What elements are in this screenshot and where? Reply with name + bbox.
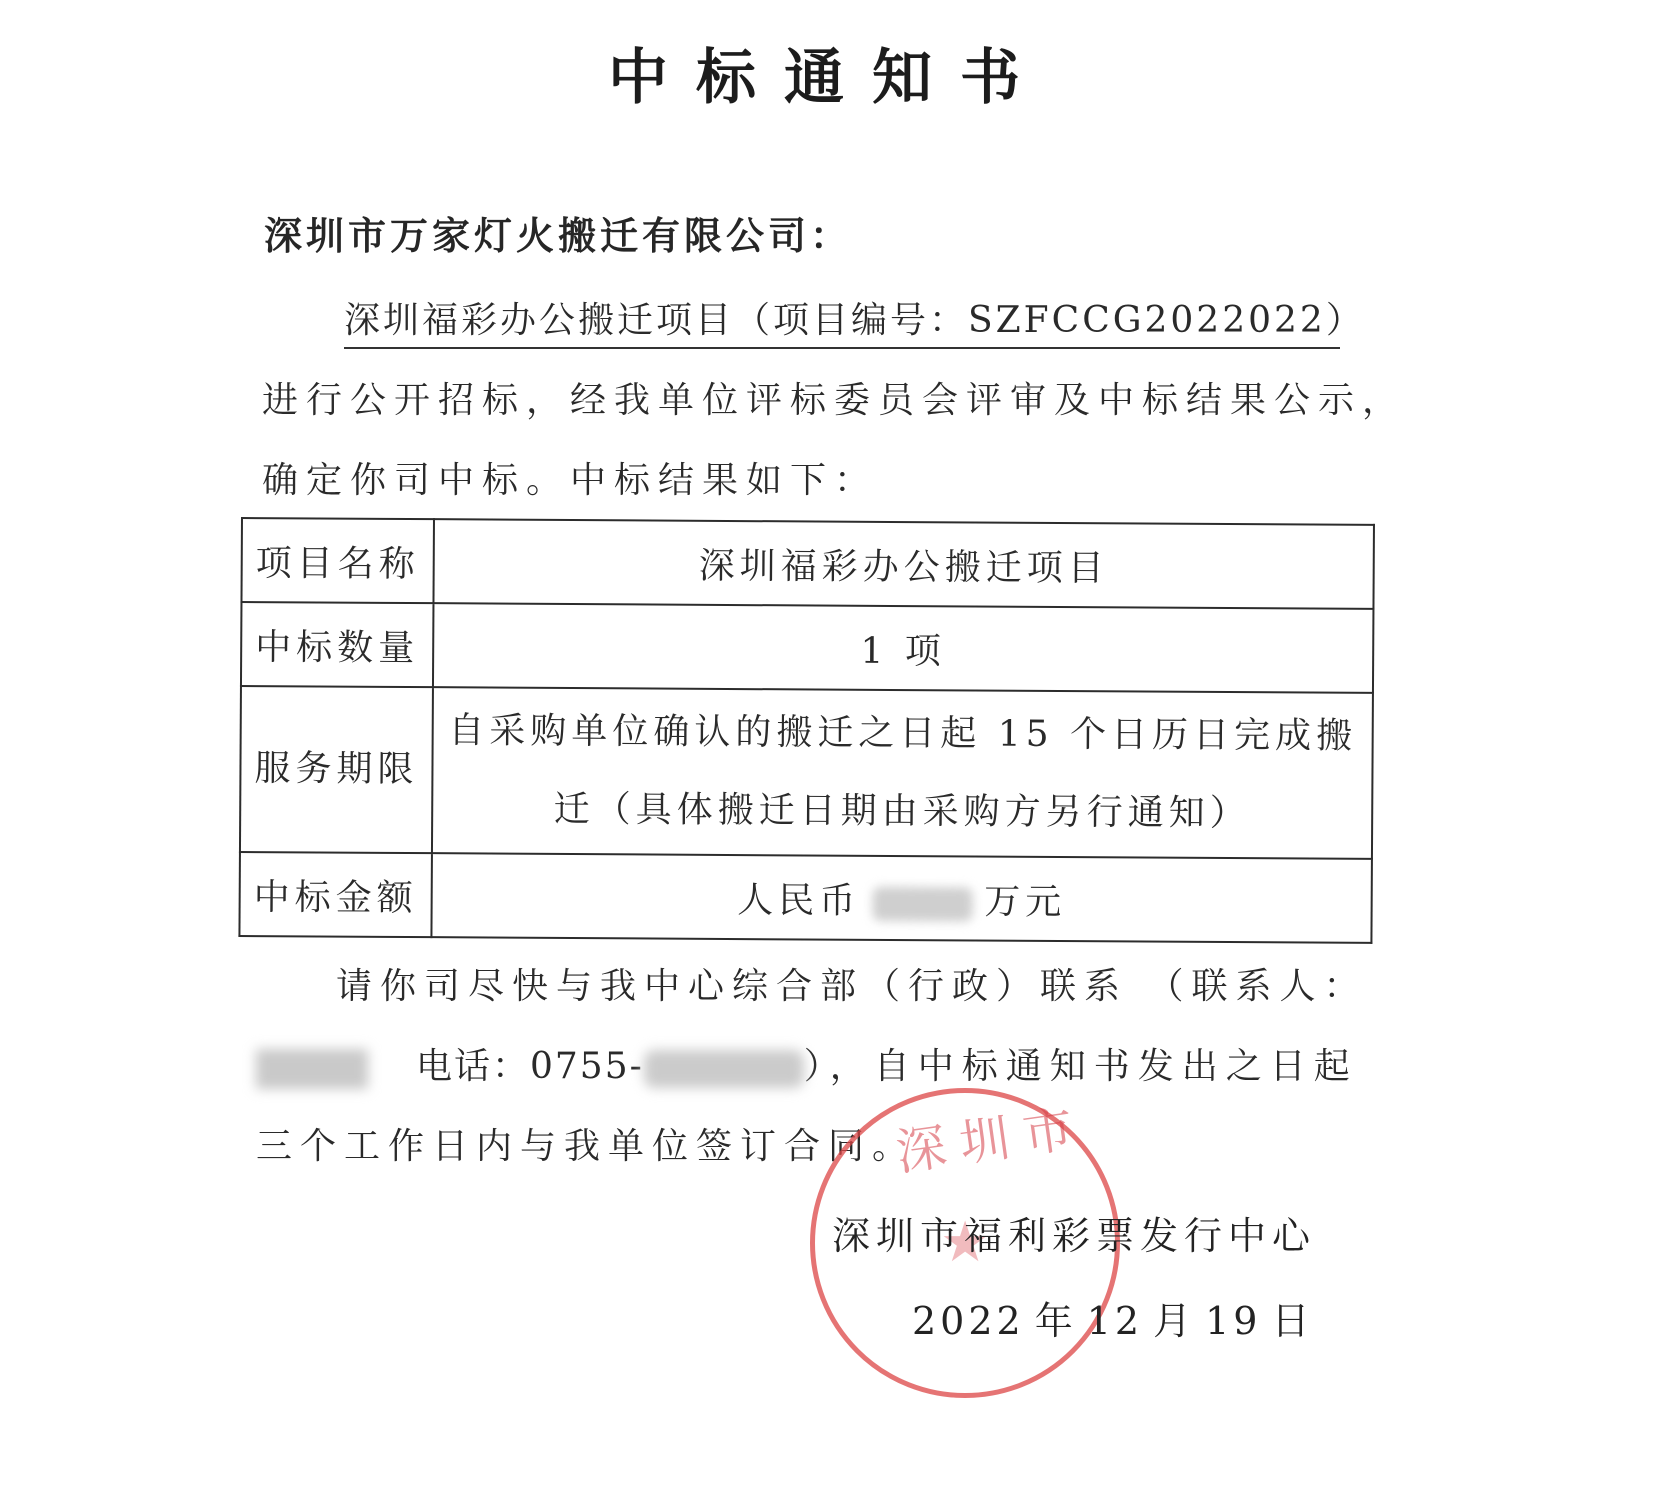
project-reference: 深圳福彩办公搬迁项目（项目编号：SZFCCG2022022） — [344, 292, 1340, 349]
row-value: 人民币万元 — [431, 853, 1371, 943]
row-label: 中标金额 — [239, 852, 432, 937]
amount-prefix: 人民币 — [737, 880, 860, 922]
row-value: 深圳福彩办公搬迁项目 — [433, 519, 1373, 609]
contact-line-2: 电话：0755-），自中标通知书发出之日起 — [256, 1038, 1358, 1089]
contact-line-1: 请你司尽快与我中心综合部（行政）联系 （联系人： — [336, 958, 1367, 1009]
row-value: 1 项 — [433, 603, 1373, 693]
contact-line-2-tail: ），自中标通知书发出之日起 — [804, 1046, 1358, 1087]
result-table: 项目名称 深圳福彩办公搬迁项目 中标数量 1 项 服务期限 自采购单位确认的搬迁… — [238, 517, 1375, 944]
table-row: 中标金额 人民币万元 — [239, 852, 1371, 943]
contact-line-3: 三个工作日内与我单位签订合同。 — [256, 1118, 916, 1169]
date-year-unit: 年 — [1035, 1299, 1077, 1343]
issuer-name: 深圳市福利彩票发行中心 — [832, 1205, 1316, 1260]
document-title: 中标通知书 — [608, 30, 1048, 116]
row-label: 项目名称 — [241, 518, 434, 603]
redacted-contact-name — [256, 1049, 368, 1089]
table-row: 中标数量 1 项 — [241, 602, 1373, 693]
row-value: 自采购单位确认的搬迁之日起 15 个日历日完成搬 迁（具体搬迁日期由采购方另行通… — [432, 687, 1373, 859]
redacted-amount — [872, 886, 972, 921]
intro-line-2: 确定你司中标。中标结果如下： — [262, 452, 878, 503]
row-label: 中标数量 — [241, 602, 434, 687]
intro-line-1: 进行公开招标，经我单位评标委员会评审及中标结果公示， — [262, 372, 1406, 423]
table-row: 项目名称 深圳福彩办公搬迁项目 — [241, 518, 1373, 609]
service-period-line-1: 自采购单位确认的搬迁之日起 15 个日历日完成搬 — [433, 692, 1371, 776]
addressee: 深圳市万家灯火搬迁有限公司： — [264, 205, 852, 260]
redacted-phone-number — [644, 1050, 804, 1088]
table-row: 服务期限 自采购单位确认的搬迁之日起 15 个日历日完成搬 迁（具体搬迁日期由采… — [240, 686, 1373, 859]
amount-suffix: 万元 — [984, 881, 1066, 923]
issue-date: 2022年12月19日 — [912, 1290, 1323, 1345]
date-day-unit: 日 — [1271, 1299, 1313, 1343]
date-month: 12 — [1087, 1299, 1143, 1343]
service-period-line-2: 迁（具体搬迁日期由采购方另行通知） — [433, 770, 1371, 854]
date-day: 19 — [1205, 1299, 1261, 1343]
date-month-unit: 月 — [1153, 1299, 1195, 1343]
row-label: 服务期限 — [240, 686, 433, 853]
date-year: 2022 — [912, 1299, 1025, 1343]
phone-label: 电话：0755- — [416, 1046, 644, 1087]
